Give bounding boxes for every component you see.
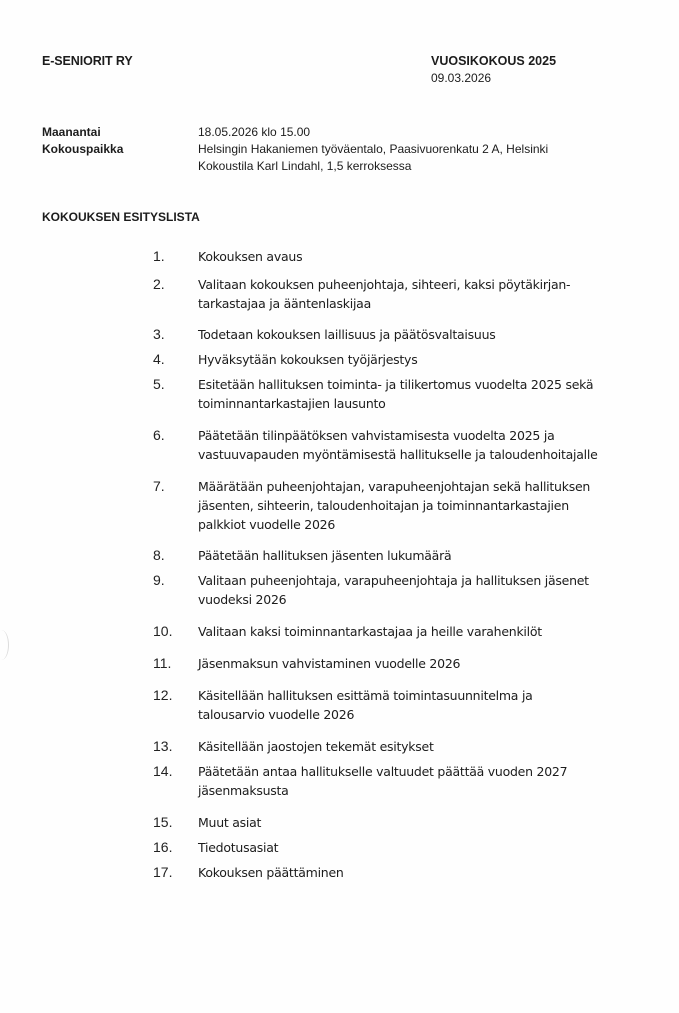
- agenda-item-number: 7.: [153, 477, 198, 534]
- agenda-item-text: Jäsenmaksun vahvistaminen vuodelle 2026: [198, 654, 623, 673]
- agenda-item-number: 3.: [153, 325, 198, 344]
- agenda-heading: KOKOUKSEN ESITYSLISTA: [42, 210, 200, 224]
- agenda-item: 14.Päätetään antaa hallitukselle valtuud…: [153, 762, 623, 800]
- agenda-item-number: 16.: [153, 838, 198, 857]
- detail-label: Kokouspaikka: [42, 141, 198, 158]
- agenda-item-number: 12.: [153, 686, 198, 724]
- agenda-item-text: Käsitellään hallituksen esittämä toimint…: [198, 686, 623, 724]
- document-page: E-SENIORIT RY VUOSIKOKOUS 2025 09.03.202…: [0, 0, 679, 1013]
- agenda-item-text: Kokouksen avaus: [198, 247, 623, 266]
- meeting-detail-row: Kokoustila Karl Lindahl, 1,5 kerroksessa: [42, 158, 548, 175]
- agenda-item-number: 1.: [153, 247, 198, 266]
- agenda-item: 2.Valitaan kokouksen puheenjohtaja, siht…: [153, 275, 623, 313]
- detail-value: Helsingin Hakaniemen työväentalo, Paasiv…: [198, 141, 548, 158]
- agenda-item-number: 13.: [153, 737, 198, 756]
- agenda-item: 17.Kokouksen päättäminen: [153, 863, 623, 882]
- agenda-item-number: 6.: [153, 426, 198, 464]
- agenda-item-text: Päätetään antaa hallitukselle valtuudet …: [198, 762, 623, 800]
- agenda-item-text: Käsitellään jaostojen tekemät esitykset: [198, 737, 623, 756]
- header-meeting-block: VUOSIKOKOUS 2025 09.03.2026: [431, 54, 556, 85]
- agenda-item-number: 9.: [153, 571, 198, 609]
- detail-label: [42, 158, 198, 175]
- agenda-item-number: 2.: [153, 275, 198, 313]
- meeting-title: VUOSIKOKOUS 2025: [431, 54, 556, 68]
- agenda-item: 13.Käsitellään jaostojen tekemät esityks…: [153, 737, 623, 756]
- agenda-item-number: 4.: [153, 350, 198, 369]
- agenda-item-text: Esitetään hallituksen toiminta- ja tilik…: [198, 375, 623, 413]
- agenda-item-text: Valitaan puheenjohtaja, varapuheenjohtaj…: [198, 571, 623, 609]
- agenda-item-text: Määrätään puheenjohtajan, varapuheenjoht…: [198, 477, 623, 534]
- agenda-item-text: Muut asiat: [198, 813, 623, 832]
- agenda-item-text: Päätetään tilinpäätöksen vahvistamisesta…: [198, 426, 623, 464]
- meeting-details: Maanantai 18.05.2026 klo 15.00 Kokouspai…: [42, 124, 548, 175]
- agenda-item: 8.Päätetään hallituksen jäsenten lukumää…: [153, 546, 623, 565]
- meeting-detail-row: Kokouspaikka Helsingin Hakaniemen työväe…: [42, 141, 548, 158]
- meeting-detail-row: Maanantai 18.05.2026 klo 15.00: [42, 124, 548, 141]
- scan-artifact: [0, 630, 9, 660]
- agenda-item: 10.Valitaan kaksi toiminnantarkastajaa j…: [153, 622, 623, 641]
- agenda-item-number: 5.: [153, 375, 198, 413]
- agenda-item: 1.Kokouksen avaus: [153, 247, 623, 266]
- agenda-item-text: Päätetään hallituksen jäsenten lukumäärä: [198, 546, 623, 565]
- agenda-item-number: 15.: [153, 813, 198, 832]
- agenda-item: 3.Todetaan kokouksen laillisuus ja päätö…: [153, 325, 623, 344]
- agenda-item-number: 11.: [153, 654, 198, 673]
- agenda-item: 11.Jäsenmaksun vahvistaminen vuodelle 20…: [153, 654, 623, 673]
- agenda-item-text: Valitaan kaksi toiminnantarkastajaa ja h…: [198, 622, 623, 641]
- agenda-item-number: 17.: [153, 863, 198, 882]
- agenda-item: 15.Muut asiat: [153, 813, 623, 832]
- agenda-item-number: 10.: [153, 622, 198, 641]
- detail-label: Maanantai: [42, 124, 198, 141]
- agenda-list: 1.Kokouksen avaus2.Valitaan kokouksen pu…: [153, 247, 623, 888]
- agenda-item: 9.Valitaan puheenjohtaja, varapuheenjoht…: [153, 571, 623, 609]
- agenda-item-number: 8.: [153, 546, 198, 565]
- agenda-item: 16.Tiedotusasiat: [153, 838, 623, 857]
- agenda-item: 4.Hyväksytään kokouksen työjärjestys: [153, 350, 623, 369]
- agenda-item: 12.Käsitellään hallituksen esittämä toim…: [153, 686, 623, 724]
- detail-value: 18.05.2026 klo 15.00: [198, 124, 310, 141]
- agenda-item-number: 14.: [153, 762, 198, 800]
- agenda-item-text: Hyväksytään kokouksen työjärjestys: [198, 350, 623, 369]
- agenda-item: 7.Määrätään puheenjohtajan, varapuheenjo…: [153, 477, 623, 534]
- agenda-item-text: Tiedotusasiat: [198, 838, 623, 857]
- document-date: 09.03.2026: [431, 71, 556, 85]
- agenda-item-text: Kokouksen päättäminen: [198, 863, 623, 882]
- agenda-item: 6.Päätetään tilinpäätöksen vahvistamises…: [153, 426, 623, 464]
- organization-name: E-SENIORIT RY: [42, 54, 133, 68]
- detail-value: Kokoustila Karl Lindahl, 1,5 kerroksessa: [198, 158, 411, 175]
- agenda-item-text: Todetaan kokouksen laillisuus ja päätösv…: [198, 325, 623, 344]
- agenda-item: 5.Esitetään hallituksen toiminta- ja til…: [153, 375, 623, 413]
- agenda-item-text: Valitaan kokouksen puheenjohtaja, sihtee…: [198, 275, 623, 313]
